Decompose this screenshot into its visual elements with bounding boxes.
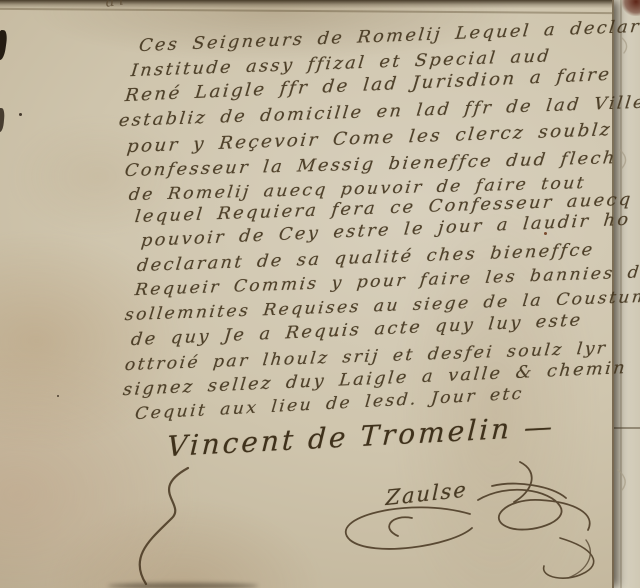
left-edge-mark [0,108,5,133]
manuscript-line: Ces Seigneurs de Romelij Lequel a declar… [138,16,640,56]
left-edge-mark [0,29,8,60]
bottom-edge-shadow [108,583,258,588]
ink-speck [57,395,59,397]
manuscript-photo: a l Ces Seigneurs de Romelij Lequel a de… [0,0,640,588]
signature-paraph-label: Zaulse [385,477,468,510]
manuscript-page: a l Ces Seigneurs de Romelij Lequel a de… [0,0,614,588]
ink-speck [19,113,22,116]
corner-stain [622,0,640,16]
